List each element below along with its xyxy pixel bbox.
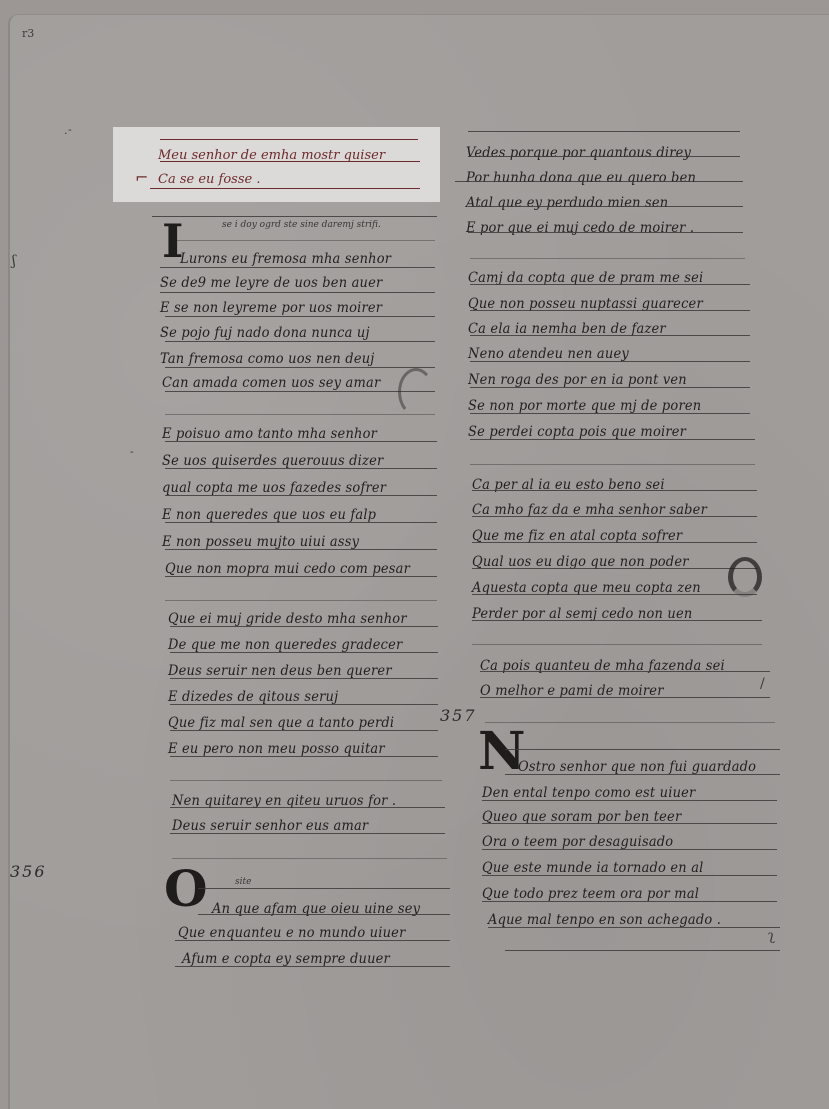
verse-line: E non queredes que uos eu falp <box>162 508 376 524</box>
ruling <box>170 678 438 679</box>
margin-stroke: / <box>760 676 765 692</box>
verse-line: Deus seruir senhor eus amar <box>172 819 368 835</box>
margin-dot: - <box>130 445 134 458</box>
ruling <box>170 652 438 653</box>
ruling <box>472 516 757 517</box>
verse-line: E poisuo amo tanto mha senhor <box>162 427 377 443</box>
ruling <box>472 542 757 543</box>
decorated-initial-o: O <box>164 864 208 914</box>
corner-mark: r3 <box>22 27 34 40</box>
ruling <box>170 240 435 241</box>
rubric-ruling <box>160 139 418 140</box>
margin-stroke: ʃ <box>12 253 16 269</box>
verse-line: Por hunha dona que eu quero ben <box>466 171 696 187</box>
ruling <box>488 927 780 928</box>
ruling <box>165 367 435 368</box>
ink-stain <box>398 368 434 416</box>
ruling <box>198 888 450 889</box>
margin-dot: - <box>68 123 72 136</box>
ruling <box>472 644 762 645</box>
ruling <box>470 413 750 414</box>
ruling <box>482 901 777 902</box>
ruling <box>470 361 750 362</box>
verse-line: Ora o teem por desaguisado <box>482 835 673 851</box>
ruling <box>170 626 438 627</box>
ruling <box>485 722 775 723</box>
verse-line: Ostro senhor que non fui guardado <box>518 760 756 776</box>
ruling <box>165 522 437 523</box>
ruling <box>480 697 770 698</box>
verse-line: Que este munde ia tornado en al <box>482 861 704 877</box>
ruling <box>160 292 435 293</box>
ruling <box>470 464 755 465</box>
verse-line: Se de9 me leyre de uos ben auer <box>160 276 382 292</box>
verse-line: Ca per al ia eu esto beno sei <box>472 478 665 494</box>
ruling <box>482 823 777 824</box>
verse-line: Lurons eu fremosa mha senhor <box>180 252 391 268</box>
rubric-line-2: Ca se eu fosse . <box>158 172 260 187</box>
ruling <box>468 156 740 157</box>
verse-line: Se pojo fuj nado dona nunca uj <box>160 326 370 342</box>
verse-line: Vedes porque por quantous direy <box>466 146 691 162</box>
verse-line: Tan fremosa como uos nen deuj <box>160 352 375 368</box>
ruling <box>170 807 445 808</box>
ruling <box>468 232 743 233</box>
ruling <box>472 620 762 621</box>
ruling <box>165 600 437 601</box>
verse-line: An que afam que oieu uine sey <box>212 902 420 918</box>
verse-line: Se perdei copta pois que moirer <box>468 425 686 441</box>
verse-line: Se uos quiserdes querouus dizer <box>162 454 383 470</box>
verse-line: Can amada comen uos sey amar <box>162 376 380 392</box>
verse-line: Afum e copta ey sempre duuer <box>182 952 390 968</box>
folio-number-356: 356 <box>10 862 47 881</box>
ruling <box>175 966 450 967</box>
verse-line: E por que ei muj cedo de moirer . <box>466 221 694 237</box>
ruling <box>470 387 750 388</box>
verse-line: qual copta me uos fazedes sofrer <box>162 481 386 497</box>
ruling <box>482 875 777 876</box>
ruling <box>470 335 750 336</box>
ruling <box>482 849 777 850</box>
verse-line: Aque mal tenpo en son achegado . <box>488 913 721 929</box>
margin-dot: · <box>64 127 68 140</box>
verse-line: Que non mopra mui cedo com pesar <box>165 562 410 578</box>
verse-line: E se non leyreme por uos moirer <box>160 301 382 317</box>
verse-line: Que fiz mal sen que a tanto perdi <box>168 716 394 732</box>
ruling <box>198 914 450 915</box>
verse-line: E dizedes de qitous seruj <box>168 690 338 706</box>
ruling <box>470 439 755 440</box>
ruling <box>170 756 438 757</box>
ruling <box>170 730 438 731</box>
verse-line: Se non por morte que mj de poren <box>468 399 701 415</box>
marginal-gloss: se i doy ogrd ste sine daremj strifi. <box>222 220 381 230</box>
verse-line: Que todo prez teem ora por mal <box>482 887 699 903</box>
ruling <box>472 568 757 569</box>
ruling <box>455 181 743 182</box>
ruling <box>468 131 740 132</box>
ruling <box>470 284 750 285</box>
ruling <box>170 780 442 781</box>
verse-line: E eu pero non meu posso quitar <box>168 742 385 758</box>
ruling <box>470 310 750 311</box>
ruling <box>165 495 437 496</box>
ruling <box>165 441 437 442</box>
ruling <box>165 549 437 550</box>
verse-line: Atal que ey perdudo mien sen <box>466 196 668 212</box>
ruling <box>165 468 437 469</box>
verse-line: E non posseu mujto uiui assy <box>162 535 359 551</box>
ruling <box>480 671 770 672</box>
ruling <box>170 833 445 834</box>
verse-line: Den ental tenpo como est uiuer <box>482 786 695 802</box>
verse-line: Que ei muj gride desto mha senhor <box>168 612 407 628</box>
margin-bracket: ʅ <box>768 928 775 944</box>
folio-number-357: 357 <box>440 706 477 725</box>
ruling <box>472 490 757 491</box>
rubric-line-1: Meu senhor de emha mostr quiser <box>158 148 385 163</box>
ruling <box>170 704 438 705</box>
ink-stain <box>728 557 762 597</box>
ruling <box>172 858 447 859</box>
ruling <box>165 576 437 577</box>
ruling <box>472 594 757 595</box>
verse-line: Neno atendeu nen auey <box>468 347 629 363</box>
verse-line: De que me non queredes gradecer <box>168 638 402 654</box>
rubric-bracket: ⌐ <box>135 168 148 187</box>
ruling <box>505 950 780 951</box>
ruling <box>482 800 777 801</box>
ruling <box>165 316 435 317</box>
ruling <box>505 749 780 750</box>
ruling <box>152 216 437 217</box>
ruling <box>160 267 435 268</box>
ruling <box>165 414 435 415</box>
ruling <box>505 774 780 775</box>
verse-line: Ca pois quanteu de mha fazenda sei <box>480 659 725 675</box>
verse-line: Nen roga des por en ia pont ven <box>468 373 687 389</box>
ruling <box>165 391 435 392</box>
ruling <box>468 206 743 207</box>
interlinear-gloss: site <box>235 877 251 887</box>
ruling <box>175 940 450 941</box>
rubric-ruling <box>150 188 420 189</box>
verse-line: Deus seruir nen deus ben querer <box>168 664 392 680</box>
verse-line: Que enquanteu e no mundo uiuer <box>178 926 405 942</box>
ruling <box>165 341 435 342</box>
ruling <box>470 258 745 259</box>
